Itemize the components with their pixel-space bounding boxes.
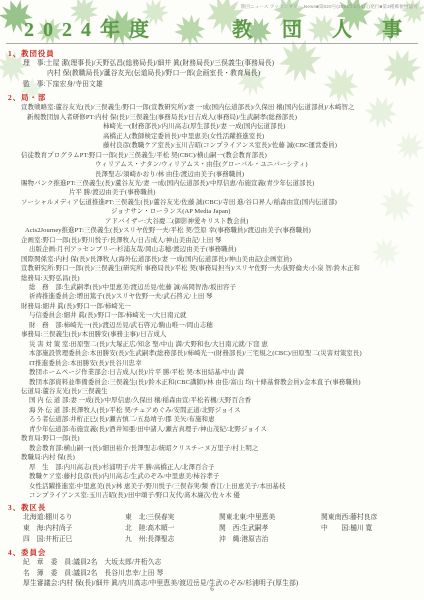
section-2: 2、局・部宣教戦略室:蘆谷友光(長)/三俣義生/野口一郎(宣教研究所)/妻 一成…: [7, 93, 424, 500]
district-row: 四 国:井桁正巳九 州:長澤聖志沖 縄:港原吉治: [7, 535, 424, 546]
personnel-line: 総 務 部:生武嗣孝(長)/中里恵美/渡辺岳見/佐藤 誠/高岡智浩/坂田容子: [7, 283, 424, 292]
personnel-line: 片平 勝/渡辺由美子(事務職員): [7, 188, 424, 197]
personnel-line: 賜物バンク推進PT:三俣義生(長)/蘆谷友光/妻 一成(国内伝道部長)/中厚信恵…: [7, 179, 424, 188]
district-cell: 九 州:長澤聖志: [125, 535, 219, 546]
personnel-line: 災 害 対 策 室:田原聖二(長)/大塚正広/知念 聖/中山 満/大野和也/大日…: [7, 340, 424, 349]
district-cell: 東 北:三俣春実: [125, 513, 219, 524]
section-heading: 2、局・部: [8, 93, 424, 102]
personnel-line: 新規教団加入者研修PT:内村 保(長)/三俣義生(事務局長)/日吉成人(事務局)…: [7, 113, 424, 122]
district-row: 東 海:内村尚子北 陸:高木順一関 西:生武嗣孝中 国:樋川 寛: [7, 524, 424, 535]
personnel-line: 厚 生 部:内川高志(長)/杉浦明子/片平 勝/高橋正人/北澤百合子: [7, 463, 424, 472]
personnel-line: 与信委員会:細井 眞(長)/野口一郎/柿崎光一/大日南元就: [7, 311, 424, 320]
personnel-line: 教育局:野口一郎(長): [7, 434, 424, 443]
page-number: 6: [0, 585, 424, 593]
personnel-line: 海 外 伝 道 部:長澤牧人(長)/平松 契/チュアめぐみ/安間正道/北野ジョイ…: [7, 406, 424, 415]
personnel-line: コンプライアンス室:玉川吉昭(長)/田中頌子/野口友代/髙木廉次/佐々木 優: [7, 491, 424, 500]
section-heading: 1、教団役員: [8, 49, 424, 58]
personnel-line: Acts2Journey推進PT:三俣義生(長)/スリヤ佐野一夫/平松 契/笠原…: [7, 226, 424, 235]
personnel-line: 高橋正人(教師検定委員長)/中里恵美(女性活躍推進室長): [7, 132, 424, 141]
personnel-line: 内村 保(教職局長)/蘆谷友光(伝道局長)/野口一郎(企画室長・教育局長): [7, 69, 424, 80]
personnel-line: 事務局:三俣義生(長)/本田勝安(事務主事)/日吉成人: [7, 330, 424, 339]
personnel-line: 伝道局:蘆谷友光(長)/三俣義生: [7, 387, 424, 396]
section-4: 4、委員会紀 章 委 員:議員2名 大坂太郎/井桁久志名 簿 委 員:議員2名 …: [7, 548, 424, 590]
personnel-line: 監 事:下窪宏身/寺田文雄: [7, 80, 424, 91]
section-heading: 3、教区長: [8, 503, 424, 512]
personnel-line: 財 務 部:柿崎光一(長)/渡辺岳見/武石啓元/駒山唯一/岡山志穂: [7, 321, 424, 330]
personnel-line: 国際関係室:内村 保(長)/長澤牧人(海外伝道部長)/妻 一成(国内伝道部長)/…: [7, 255, 424, 264]
personnel-line: ジョナサン・ローランス(AP Media Japan): [7, 207, 424, 216]
personnel-line: 女性活躍推進室:中里恵美(長)/林 恵美子/野川悦子/三俣春実/類 香江/上田恵…: [7, 482, 424, 491]
document-page: 教団ニュース アッセンブリー News■第620号(2024年1月1日)発行■第…: [0, 0, 424, 600]
district-cell: 北海道:棚川るり: [23, 513, 125, 524]
personnel-line: 財務局:細井 眞(長)/野口一郎/柿崎光一: [7, 302, 424, 311]
personnel-line: 教団本部資料並準備委員会:三俣義生(長)/鈴木正和(CBC講師)/林 由佳/富山…: [7, 378, 424, 387]
section-1: 1、教団役員理 事:土屋 潔(理事長)/天野弘昌(総務局長)/細井 眞(財務局長…: [7, 49, 424, 91]
header-divider: [6, 43, 418, 44]
district-cell: 関 西:生武嗣孝: [219, 524, 321, 535]
district-row: 北海道:棚川るり東 北:三俣春実関東北東:中里恵美関東南西:藤村良彦: [7, 513, 424, 524]
personnel-line: 総務局:天野弘昌(長): [7, 274, 424, 283]
personnel-line: 宣教戦略室:蘆谷友光(長)/三俣義生/野口一郎(宣教研究所)/妻 一成(国内伝道…: [7, 103, 424, 112]
district-cell: 沖 縄:港原吉治: [219, 535, 321, 546]
personnel-line: 国 内 伝 道 部:妻 一成(長)/中厚信恵/久保田 穣/稲森由宣/平松若槻/天…: [7, 396, 424, 405]
personnel-line: ウィリアムス・ナタン/ウィリアムス・由佳(グローバル・ユニバーシティ): [7, 160, 424, 169]
personnel-line: 教職ケア室:藤村良彦(長)/内川高志/生武のぞみ/中里恵美/柿谷孝子: [7, 472, 424, 481]
masthead-note: 教団ニュース アッセンブリー News■第620号(2024年1月1日)発行■第…: [241, 4, 418, 10]
personnel-line: 青少年伝道部:布施宣義(長)/酒井知亜/田中諸人/瀬古真理子/神山茂紀/北野ジョ…: [7, 425, 424, 434]
district-cell: [321, 535, 424, 546]
personnel-line: 出版企画:月刊アッセンブリー:杉浦友哉/岡山志穂/渡辺由美子(事務職員): [7, 245, 424, 254]
year-title: 2024年度: [24, 13, 158, 42]
page-title: 教団人事: [232, 13, 424, 42]
personnel-line: 名 簿 委 員:議員2名 長谷川忠幸/上田 琴: [7, 569, 424, 580]
district-cell: 関東南西:藤村良彦: [321, 513, 424, 524]
section-heading: 4、委員会: [8, 548, 424, 557]
personnel-line: 教職局:内村 保(長): [7, 453, 424, 462]
personnel-line: アドバイザー:大谷慶二(御影神愛キリスト教会員): [7, 217, 424, 226]
personnel-line: 柿崎光一(財務部長)/内川高志(厚生部長)/妻 一成(国内伝道部長): [7, 122, 424, 131]
personnel-line: 企画室:野口一郎(長)/野川悦子/長澤牧人/日吉成人/神山美由記/上田 琴: [7, 236, 424, 245]
personnel-line: 長澤聖志/須崎かおり/林 由佳/渡辺由美子(事務職員): [7, 170, 424, 179]
personnel-line: 宣教研究所:野口一郎(長)/三俣義生(研究所 事務局長)/平松 契(事務局担当)…: [7, 264, 424, 273]
personnel-line: 信徒教育プログラムPT:野口一郎(長)/三俣義生/平松 契(CBC)/横山嗣一(…: [7, 151, 424, 160]
personnel-line: 本部施設管理委員会:本田勝安(長)/生武嗣孝(総務部長)/柿崎光一(財務部長)/…: [7, 349, 424, 358]
personnel-line: IT推進委員会:本田勝安(長)/長谷川忠幸: [7, 359, 424, 368]
personnel-line: ろう者伝道部:井桁正巳(長)/瀬古慎二/五島靖子/郡 美矢/布施和恵: [7, 415, 424, 424]
district-cell: 関東北東:中里恵美: [219, 513, 321, 524]
sections: 1、教団役員理 事:土屋 潔(理事長)/天野弘昌(総務局長)/細井 眞(財務局長…: [7, 46, 424, 590]
personnel-line: 教会教育部:横山嗣一(長)/細田裕介/長澤聖志/統昭クリスチーヌ万里子/村上明之: [7, 444, 424, 453]
district-cell: 北 陸:高木順一: [125, 524, 219, 535]
personnel-line: 紀 章 委 員:議員2名 大坂太郎/井桁久志: [7, 558, 424, 569]
district-cell: 中 国:樋川 寛: [321, 524, 424, 535]
personnel-line: 教団ホームページ作業部会:日吉成人(長)/片平 勝/平松 契/本田結基/中山 満: [7, 368, 424, 377]
section-3: 3、教区長北海道:棚川るり東 北:三俣春実関東北東:中里恵美関東南西:藤村良彦東…: [7, 503, 424, 545]
personnel-line: 理 事:土屋 潔(理事長)/天野弘昌(総務局長)/細井 眞(財務局長)/三俣義生…: [7, 59, 424, 70]
personnel-line: 祈祷推進委員会:増田篤子(長)/スリヤ佐野一夫/武石啓元/上田 琴: [7, 292, 424, 301]
personnel-line: 藤村良彦(教職ケア室長)/玉川吉昭(コンプライアンス室長)/佐藤 誠(CBC運営…: [7, 141, 424, 150]
district-cell: 東 海:内村尚子: [23, 524, 125, 535]
personnel-line: ソーシャルメディア伝道推進PT:三俣義生(長)/蘆谷友光/佐藤 誠(CBC)/寺…: [7, 198, 424, 207]
district-cell: 四 国:井桁正巳: [23, 535, 125, 546]
